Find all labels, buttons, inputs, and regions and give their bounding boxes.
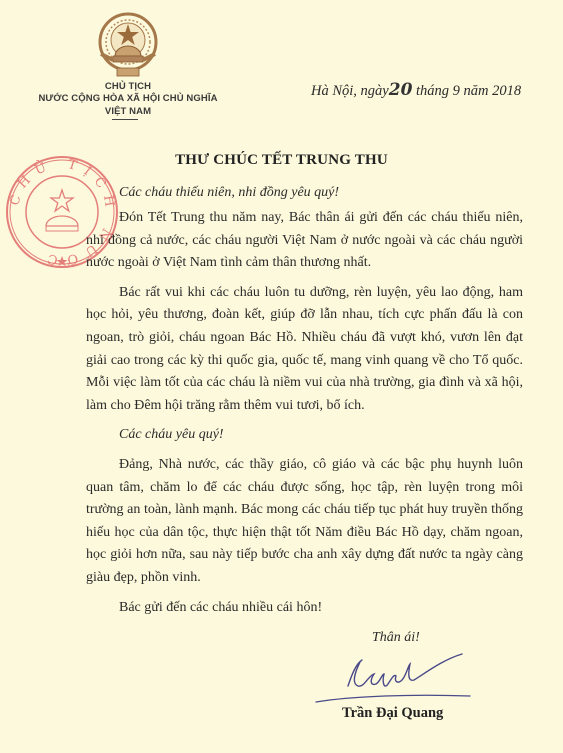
letter-body: Đón Tết Trung thu năm nay, Bác thân ái g… [86,207,523,626]
header-office: CHỦ TỊCH [28,81,228,92]
signature-icon [312,650,472,710]
header-underline [112,119,138,120]
paragraph-1: Đón Tết Trung thu năm nay, Bác thân ái g… [86,207,523,275]
header-country-name: VIỆT NAM [28,106,228,117]
paragraph-2: Bác rất vui khi các cháu luôn tu dưỡng, … [86,282,523,418]
greeting-1: Các cháu thiếu niên, nhi đồng yêu quý! [119,185,339,201]
dateline: Hà Nội, ngày20 tháng 9 năm 2018 [311,80,521,100]
letter-title: THƯ CHÚC TẾT TRUNG THU [0,152,563,169]
letter-page: CHỦ TỊCH NƯỚC CỘNG HÒA XÃ HỘI CHỦ NGHĨA … [0,0,563,753]
date-prefix: Hà Nội, ngày [311,83,389,99]
closing-line: Bác gửi đến các cháu nhiều cái hôn! [86,597,523,620]
signoff: Thân ái! [372,630,420,646]
signer-name: Trần Đại Quang [342,705,443,722]
date-day: 20 [389,80,413,100]
national-emblem-icon [93,10,163,82]
header-country-line: NƯỚC CỘNG HÒA XÃ HỘI CHỦ NGHĨA [28,93,228,104]
date-suffix: tháng 9 năm 2018 [416,83,521,99]
greeting-2: Các cháu yêu quý! [86,424,523,447]
paragraph-3: Đảng, Nhà nước, các thầy giáo, cô giáo v… [86,454,523,590]
